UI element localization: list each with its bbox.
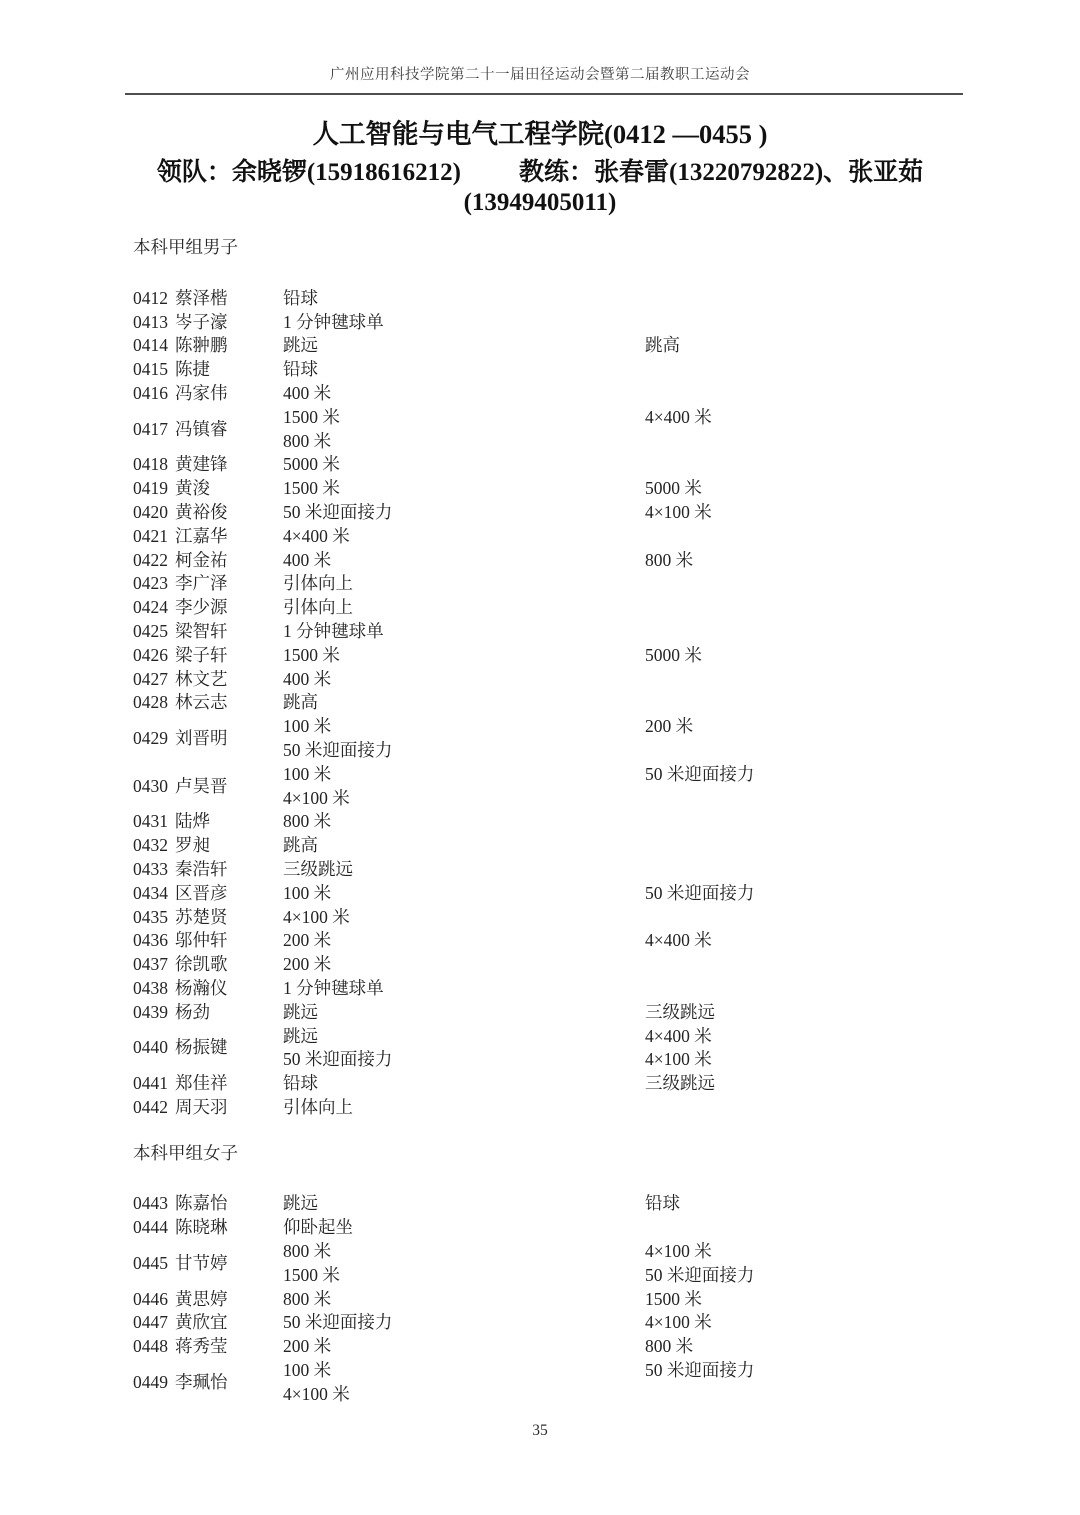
event-label: 引体向上 bbox=[283, 572, 645, 596]
event-label: 跳远 bbox=[283, 1025, 645, 1049]
entry-events-secondary: 5000 米 bbox=[645, 477, 970, 501]
table-row: 0418 黄建锋 5000 米 bbox=[133, 453, 970, 477]
entry-name: 林文艺 bbox=[175, 668, 283, 692]
entry-name: 黄裕俊 bbox=[175, 501, 283, 525]
entry-number: 0440 bbox=[133, 1025, 175, 1073]
entry-number: 0427 bbox=[133, 668, 175, 692]
entry-number: 0412 bbox=[133, 287, 175, 311]
leaders-line: 领队：余晓锣(15918616212) 教练：张春雷(13220792822)、… bbox=[0, 152, 1080, 188]
entry-events-primary: 跳远 bbox=[283, 1001, 645, 1025]
event-label: 4×400 米 bbox=[283, 525, 645, 549]
entry-events-primary: 1500 米 bbox=[283, 644, 645, 668]
team-leader-label: 领队：余晓锣(15918616212) bbox=[157, 152, 461, 188]
entry-name: 岑子濠 bbox=[175, 311, 283, 335]
roster-section: 本科甲组男子 0412 蔡泽楷 铅球 0413 岑子濠 1 分钟毽球单 0414… bbox=[133, 236, 970, 1120]
entry-events-secondary bbox=[645, 858, 970, 882]
entry-events-primary: 800 米 bbox=[283, 810, 645, 834]
entry-events-primary: 5000 米 bbox=[283, 453, 645, 477]
event-label: 200 米 bbox=[283, 953, 645, 977]
entry-number: 0420 bbox=[133, 501, 175, 525]
entry-name: 冯镇睿 bbox=[175, 406, 283, 454]
entry-name: 徐凯歌 bbox=[175, 953, 283, 977]
entry-events-primary: 800 米1500 米 bbox=[283, 1240, 645, 1288]
table-row: 0438 杨瀚仪 1 分钟毽球单 bbox=[133, 977, 970, 1001]
entry-events-primary: 100 米 bbox=[283, 882, 645, 906]
event-label: 400 米 bbox=[283, 549, 645, 573]
event-label: 1500 米 bbox=[283, 477, 645, 501]
table-row: 0436 邬仲轩 200 米 4×400 米 bbox=[133, 929, 970, 953]
entry-number: 0417 bbox=[133, 406, 175, 454]
entry-events-secondary bbox=[645, 810, 970, 834]
sections: 本科甲组男子 0412 蔡泽楷 铅球 0413 岑子濠 1 分钟毽球单 0414… bbox=[133, 236, 970, 1407]
entry-events-secondary: 800 米 bbox=[645, 549, 970, 573]
table-row: 0441 郑佳祥 铅球 三级跳远 bbox=[133, 1072, 970, 1096]
entry-name: 陈捷 bbox=[175, 358, 283, 382]
event-label: 800 米 bbox=[645, 1335, 970, 1359]
table-row: 0429 刘晋明 100 米50 米迎面接力 200 米 bbox=[133, 715, 970, 763]
table-row: 0432 罗昶 跳高 bbox=[133, 834, 970, 858]
event-label: 引体向上 bbox=[283, 1096, 645, 1120]
coach-label: 教练：张春雷(13220792822)、张亚茹 bbox=[519, 152, 923, 188]
entry-events-primary: 100 米4×100 米 bbox=[283, 1359, 645, 1407]
entry-events-secondary: 4×100 米 bbox=[645, 501, 970, 525]
entry-events-secondary: 50 米迎面接力 bbox=[645, 882, 970, 906]
entry-number: 0413 bbox=[133, 311, 175, 335]
event-label: 1500 米 bbox=[283, 1264, 645, 1288]
entry-number: 0441 bbox=[133, 1072, 175, 1096]
entry-events-primary: 4×400 米 bbox=[283, 525, 645, 549]
table-row: 0426 梁子轩 1500 米 5000 米 bbox=[133, 644, 970, 668]
entry-name: 李广泽 bbox=[175, 572, 283, 596]
entry-events-primary: 400 米 bbox=[283, 668, 645, 692]
event-label: 跳远 bbox=[283, 334, 645, 358]
event-label: 200 米 bbox=[283, 929, 645, 953]
entry-events-secondary bbox=[645, 287, 970, 311]
event-label: 50 米迎面接力 bbox=[283, 1048, 645, 1072]
entry-number: 0438 bbox=[133, 977, 175, 1001]
entry-events-secondary: 50 米迎面接力 bbox=[645, 763, 970, 811]
entry-number: 0423 bbox=[133, 572, 175, 596]
event-label: 三级跳远 bbox=[645, 1072, 970, 1096]
entry-events-primary: 1 分钟毽球单 bbox=[283, 620, 645, 644]
event-label: 4×100 米 bbox=[283, 787, 645, 811]
event-label: 800 米 bbox=[283, 1240, 645, 1264]
table-row: 0425 梁智轩 1 分钟毽球单 bbox=[133, 620, 970, 644]
entry-number: 0426 bbox=[133, 644, 175, 668]
entry-events-primary: 1500 米 bbox=[283, 477, 645, 501]
entry-name: 梁子轩 bbox=[175, 644, 283, 668]
entry-events-primary: 4×100 米 bbox=[283, 906, 645, 930]
entry-events-primary: 跳高 bbox=[283, 691, 645, 715]
entry-number: 0414 bbox=[133, 334, 175, 358]
section-rows: 0443 陈嘉怡 跳远 铅球 0444 陈晓琳 仰卧起坐 0445 甘节婷 80… bbox=[133, 1192, 970, 1406]
entry-events-primary: 铅球 bbox=[283, 287, 645, 311]
event-label: 50 米迎面接力 bbox=[645, 882, 970, 906]
table-row: 0447 黄欣宜 50 米迎面接力 4×100 米 bbox=[133, 1311, 970, 1335]
entry-name: 李珮怡 bbox=[175, 1359, 283, 1407]
event-label: 4×100 米 bbox=[283, 906, 645, 930]
table-row: 0430 卢昊晋 100 米4×100 米 50 米迎面接力 bbox=[133, 763, 970, 811]
entry-events-secondary: 4×400 米4×100 米 bbox=[645, 1025, 970, 1073]
entry-name: 江嘉华 bbox=[175, 525, 283, 549]
table-row: 0423 李广泽 引体向上 bbox=[133, 572, 970, 596]
table-row: 0439 杨劲 跳远 三级跳远 bbox=[133, 1001, 970, 1025]
event-label: 引体向上 bbox=[283, 596, 645, 620]
entry-events-secondary bbox=[645, 358, 970, 382]
entry-events-secondary bbox=[645, 1096, 970, 1120]
entry-number: 0428 bbox=[133, 691, 175, 715]
table-row: 0437 徐凯歌 200 米 bbox=[133, 953, 970, 977]
entry-events-secondary bbox=[645, 596, 970, 620]
event-label: 800 米 bbox=[283, 430, 645, 454]
table-row: 0419 黄浚 1500 米 5000 米 bbox=[133, 477, 970, 501]
entry-events-secondary bbox=[645, 953, 970, 977]
entry-events-primary: 跳远50 米迎面接力 bbox=[283, 1025, 645, 1073]
entry-number: 0421 bbox=[133, 525, 175, 549]
entry-name: 蒋秀莹 bbox=[175, 1335, 283, 1359]
table-row: 0448 蒋秀莹 200 米 800 米 bbox=[133, 1335, 970, 1359]
entry-events-secondary: 4×400 米 bbox=[645, 406, 970, 454]
event-label: 50 米迎面接力 bbox=[283, 739, 645, 763]
event-label: 铅球 bbox=[645, 1192, 970, 1216]
event-label: 跳远 bbox=[283, 1001, 645, 1025]
event-label: 4×400 米 bbox=[645, 929, 970, 953]
entry-number: 0449 bbox=[133, 1359, 175, 1407]
table-row: 0433 秦浩轩 三级跳远 bbox=[133, 858, 970, 882]
entry-name: 刘晋明 bbox=[175, 715, 283, 763]
entry-name: 杨振键 bbox=[175, 1025, 283, 1073]
entry-name: 梁智轩 bbox=[175, 620, 283, 644]
entry-events-primary: 跳高 bbox=[283, 834, 645, 858]
event-label: 铅球 bbox=[283, 358, 645, 382]
table-row: 0412 蔡泽楷 铅球 bbox=[133, 287, 970, 311]
entry-events-primary: 50 米迎面接力 bbox=[283, 501, 645, 525]
table-row: 0444 陈晓琳 仰卧起坐 bbox=[133, 1216, 970, 1240]
entry-name: 李少源 bbox=[175, 596, 283, 620]
entry-number: 0444 bbox=[133, 1216, 175, 1240]
entry-name: 邬仲轩 bbox=[175, 929, 283, 953]
event-label: 200 米 bbox=[283, 1335, 645, 1359]
entry-name: 黄欣宜 bbox=[175, 1311, 283, 1335]
entry-number: 0445 bbox=[133, 1240, 175, 1288]
entry-events-primary: 1 分钟毽球单 bbox=[283, 311, 645, 335]
event-label: 50 米迎面接力 bbox=[645, 1359, 970, 1383]
entry-number: 0446 bbox=[133, 1288, 175, 1312]
entry-events-primary: 跳远 bbox=[283, 334, 645, 358]
roster-section: 本科甲组女子 0443 陈嘉怡 跳远 铅球 0444 陈晓琳 仰卧起坐 0445… bbox=[133, 1142, 970, 1407]
event-label: 400 米 bbox=[283, 668, 645, 692]
entry-name: 苏楚贤 bbox=[175, 906, 283, 930]
entry-name: 郑佳祥 bbox=[175, 1072, 283, 1096]
event-label: 4×100 米 bbox=[645, 1311, 970, 1335]
entry-name: 林云志 bbox=[175, 691, 283, 715]
table-row: 0440 杨振键 跳远50 米迎面接力 4×400 米4×100 米 bbox=[133, 1025, 970, 1073]
event-label: 4×100 米 bbox=[283, 1383, 645, 1407]
table-row: 0420 黄裕俊 50 米迎面接力 4×100 米 bbox=[133, 501, 970, 525]
table-row: 0446 黄思婷 800 米 1500 米 bbox=[133, 1288, 970, 1312]
section-rows: 0412 蔡泽楷 铅球 0413 岑子濠 1 分钟毽球单 0414 陈翀鹏 跳远… bbox=[133, 287, 970, 1120]
event-label: 400 米 bbox=[283, 382, 645, 406]
event-label: 三级跳远 bbox=[645, 1001, 970, 1025]
entry-number: 0432 bbox=[133, 834, 175, 858]
event-label: 800 米 bbox=[645, 549, 970, 573]
event-label: 跳高 bbox=[283, 691, 645, 715]
document-page: 广州应用科技学院第二十一届田径运动会暨第二届教职工运动会 人工智能与电气工程学院… bbox=[0, 0, 1080, 1515]
entry-name: 罗昶 bbox=[175, 834, 283, 858]
event-label: 4×400 米 bbox=[645, 1025, 970, 1049]
entry-events-secondary bbox=[645, 906, 970, 930]
entry-name: 周天羽 bbox=[175, 1096, 283, 1120]
entry-events-secondary bbox=[645, 668, 970, 692]
event-label: 50 米迎面接力 bbox=[645, 1264, 970, 1288]
entry-events-secondary: 三级跳远 bbox=[645, 1001, 970, 1025]
entry-number: 0418 bbox=[133, 453, 175, 477]
entry-number: 0437 bbox=[133, 953, 175, 977]
entry-events-secondary: 800 米 bbox=[645, 1335, 970, 1359]
entry-name: 黄思婷 bbox=[175, 1288, 283, 1312]
entry-events-primary: 铅球 bbox=[283, 1072, 645, 1096]
entry-number: 0433 bbox=[133, 858, 175, 882]
entry-events-secondary bbox=[645, 1216, 970, 1240]
entry-events-primary: 1 分钟毽球单 bbox=[283, 977, 645, 1001]
entry-events-primary: 200 米 bbox=[283, 929, 645, 953]
entry-events-secondary bbox=[645, 572, 970, 596]
event-label: 跳高 bbox=[645, 334, 970, 358]
entry-events-primary: 铅球 bbox=[283, 358, 645, 382]
table-row: 0443 陈嘉怡 跳远 铅球 bbox=[133, 1192, 970, 1216]
entry-number: 0425 bbox=[133, 620, 175, 644]
entry-name: 杨劲 bbox=[175, 1001, 283, 1025]
event-label: 100 米 bbox=[283, 715, 645, 739]
entry-events-primary: 400 米 bbox=[283, 549, 645, 573]
entry-events-secondary: 1500 米 bbox=[645, 1288, 970, 1312]
entry-name: 秦浩轩 bbox=[175, 858, 283, 882]
table-row: 0416 冯家伟 400 米 bbox=[133, 382, 970, 406]
entry-number: 0415 bbox=[133, 358, 175, 382]
event-label: 1 分钟毽球单 bbox=[283, 977, 645, 1001]
event-label: 1500 米 bbox=[283, 406, 645, 430]
entry-number: 0442 bbox=[133, 1096, 175, 1120]
entry-name: 卢昊晋 bbox=[175, 763, 283, 811]
entry-events-primary: 三级跳远 bbox=[283, 858, 645, 882]
entry-number: 0447 bbox=[133, 1311, 175, 1335]
table-row: 0428 林云志 跳高 bbox=[133, 691, 970, 715]
entry-events-primary: 200 米 bbox=[283, 1335, 645, 1359]
event-label: 100 米 bbox=[283, 763, 645, 787]
table-row: 0415 陈捷 铅球 bbox=[133, 358, 970, 382]
entry-name: 陈嘉怡 bbox=[175, 1192, 283, 1216]
entry-events-secondary: 4×100 米 bbox=[645, 1311, 970, 1335]
entry-number: 0439 bbox=[133, 1001, 175, 1025]
table-row: 0413 岑子濠 1 分钟毽球单 bbox=[133, 311, 970, 335]
event-label: 4×100 米 bbox=[645, 501, 970, 525]
entry-events-primary: 100 米4×100 米 bbox=[283, 763, 645, 811]
entry-events-primary: 引体向上 bbox=[283, 1096, 645, 1120]
event-label: 铅球 bbox=[283, 287, 645, 311]
entry-events-secondary: 4×100 米50 米迎面接力 bbox=[645, 1240, 970, 1288]
entry-name: 柯金祐 bbox=[175, 549, 283, 573]
event-label: 50 米迎面接力 bbox=[283, 501, 645, 525]
entry-name: 冯家伟 bbox=[175, 382, 283, 406]
event-label: 100 米 bbox=[283, 882, 645, 906]
entry-events-primary: 1500 米800 米 bbox=[283, 406, 645, 454]
section-heading: 本科甲组男子 bbox=[133, 236, 970, 260]
entry-number: 0416 bbox=[133, 382, 175, 406]
entry-name: 黄浚 bbox=[175, 477, 283, 501]
table-row: 0421 江嘉华 4×400 米 bbox=[133, 525, 970, 549]
table-row: 0424 李少源 引体向上 bbox=[133, 596, 970, 620]
page-number: 35 bbox=[0, 1422, 1080, 1440]
entry-events-secondary: 50 米迎面接力 bbox=[645, 1359, 970, 1407]
event-label: 4×100 米 bbox=[645, 1240, 970, 1264]
entry-events-primary: 50 米迎面接力 bbox=[283, 1311, 645, 1335]
event-label: 跳远 bbox=[283, 1192, 645, 1216]
entry-events-primary: 200 米 bbox=[283, 953, 645, 977]
event-label: 4×100 米 bbox=[645, 1048, 970, 1072]
event-label: 5000 米 bbox=[283, 453, 645, 477]
entry-events-primary: 100 米50 米迎面接力 bbox=[283, 715, 645, 763]
entry-events-secondary bbox=[645, 382, 970, 406]
entry-number: 0435 bbox=[133, 906, 175, 930]
table-row: 0445 甘节婷 800 米1500 米 4×100 米50 米迎面接力 bbox=[133, 1240, 970, 1288]
event-label: 1500 米 bbox=[645, 1288, 970, 1312]
event-label: 5000 米 bbox=[645, 644, 970, 668]
entry-name: 陈翀鹏 bbox=[175, 334, 283, 358]
entry-events-primary: 引体向上 bbox=[283, 572, 645, 596]
entry-name: 蔡泽楷 bbox=[175, 287, 283, 311]
entry-name: 区晋彦 bbox=[175, 882, 283, 906]
table-row: 0414 陈翀鹏 跳远 跳高 bbox=[133, 334, 970, 358]
entry-number: 0430 bbox=[133, 763, 175, 811]
coach-phone-line: (13949405011) bbox=[0, 189, 1080, 217]
entry-number: 0431 bbox=[133, 810, 175, 834]
event-label: 50 米迎面接力 bbox=[283, 1311, 645, 1335]
entry-number: 0434 bbox=[133, 882, 175, 906]
event-label: 800 米 bbox=[283, 1288, 645, 1312]
entry-events-secondary bbox=[645, 453, 970, 477]
event-label: 跳高 bbox=[283, 834, 645, 858]
table-row: 0434 区晋彦 100 米 50 米迎面接力 bbox=[133, 882, 970, 906]
entry-events-secondary bbox=[645, 620, 970, 644]
entry-events-primary: 跳远 bbox=[283, 1192, 645, 1216]
event-label: 三级跳远 bbox=[283, 858, 645, 882]
entry-number: 0443 bbox=[133, 1192, 175, 1216]
entry-events-secondary bbox=[645, 525, 970, 549]
entry-events-secondary: 4×400 米 bbox=[645, 929, 970, 953]
table-row: 0427 林文艺 400 米 bbox=[133, 668, 970, 692]
event-label: 1500 米 bbox=[283, 644, 645, 668]
section-heading: 本科甲组女子 bbox=[133, 1142, 970, 1166]
event-label: 1 分钟毽球单 bbox=[283, 311, 645, 335]
event-label: 800 米 bbox=[283, 810, 645, 834]
entry-events-secondary bbox=[645, 691, 970, 715]
header-rule bbox=[125, 93, 963, 95]
entry-name: 甘节婷 bbox=[175, 1240, 283, 1288]
entry-name: 陈晓琳 bbox=[175, 1216, 283, 1240]
entry-number: 0422 bbox=[133, 549, 175, 573]
event-label: 5000 米 bbox=[645, 477, 970, 501]
entry-number: 0429 bbox=[133, 715, 175, 763]
entry-events-primary: 仰卧起坐 bbox=[283, 1216, 645, 1240]
entry-events-primary: 800 米 bbox=[283, 1288, 645, 1312]
entry-events-secondary: 跳高 bbox=[645, 334, 970, 358]
table-row: 0442 周天羽 引体向上 bbox=[133, 1096, 970, 1120]
entry-name: 陆烨 bbox=[175, 810, 283, 834]
event-label: 100 米 bbox=[283, 1359, 645, 1383]
entry-events-secondary bbox=[645, 977, 970, 1001]
entry-events-secondary: 铅球 bbox=[645, 1192, 970, 1216]
entry-number: 0448 bbox=[133, 1335, 175, 1359]
entry-number: 0424 bbox=[133, 596, 175, 620]
event-label: 50 米迎面接力 bbox=[645, 763, 970, 787]
table-row: 0435 苏楚贤 4×100 米 bbox=[133, 906, 970, 930]
running-head: 广州应用科技学院第二十一届田径运动会暨第二届教职工运动会 bbox=[0, 63, 1080, 84]
entry-name: 杨瀚仪 bbox=[175, 977, 283, 1001]
table-row: 0417 冯镇睿 1500 米800 米 4×400 米 bbox=[133, 406, 970, 454]
entry-events-secondary: 三级跳远 bbox=[645, 1072, 970, 1096]
entry-events-secondary: 200 米 bbox=[645, 715, 970, 763]
event-label: 仰卧起坐 bbox=[283, 1216, 645, 1240]
entry-name: 黄建锋 bbox=[175, 453, 283, 477]
event-label: 1 分钟毽球单 bbox=[283, 620, 645, 644]
entry-events-secondary bbox=[645, 834, 970, 858]
event-label: 铅球 bbox=[283, 1072, 645, 1096]
entry-number: 0419 bbox=[133, 477, 175, 501]
entry-events-primary: 引体向上 bbox=[283, 596, 645, 620]
entry-events-secondary bbox=[645, 311, 970, 335]
entry-events-secondary: 5000 米 bbox=[645, 644, 970, 668]
event-label: 200 米 bbox=[645, 715, 970, 739]
entry-number: 0436 bbox=[133, 929, 175, 953]
table-row: 0422 柯金祐 400 米 800 米 bbox=[133, 549, 970, 573]
table-row: 0449 李珮怡 100 米4×100 米 50 米迎面接力 bbox=[133, 1359, 970, 1407]
page-title: 人工智能与电气工程学院(0412 —0455 ) bbox=[0, 112, 1080, 151]
entry-events-primary: 400 米 bbox=[283, 382, 645, 406]
table-row: 0431 陆烨 800 米 bbox=[133, 810, 970, 834]
event-label: 4×400 米 bbox=[645, 406, 970, 430]
